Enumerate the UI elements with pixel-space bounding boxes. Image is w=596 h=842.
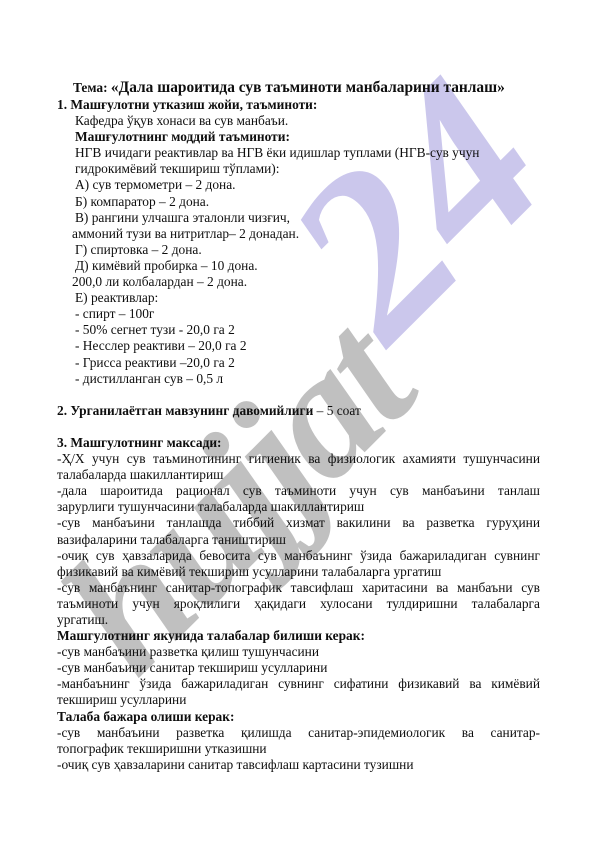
- text-line: текшириш усулларини: [57, 692, 540, 708]
- text-line: Г) спиртовка – 2 дона.: [57, 242, 540, 258]
- text-line: -очиқ сув ҳавзаларини санитар тавсифлаш …: [57, 757, 540, 773]
- document-title-prefix: Тема:: [73, 80, 111, 95]
- text-line: Машгулотнинг якунида талабалар билиши ке…: [57, 628, 540, 644]
- text-line: зарурлиги тушунчасини талабаларда шакилл…: [57, 499, 540, 515]
- text-line: аммоний тузи ва нитритлар– 2 донадан.: [57, 226, 540, 242]
- text-line: Машғулотнинг моддий таъминоти:: [57, 129, 540, 145]
- text-line: НГВ ичидаги реактивлар ва НГВ ёки идишла…: [57, 145, 540, 161]
- text-line: -сув манбаънинг санитар-топографик тавси…: [57, 580, 540, 596]
- blank-line: [57, 419, 540, 435]
- text-line: - спирт – 100г: [57, 306, 540, 322]
- text-line: топографик текширишни утказишни: [57, 741, 540, 757]
- text-line: - 50% сегнет тузи - 20,0 га 2: [57, 322, 540, 338]
- document-body: 1. Машғулотни утказиш жойи, таъминоти:Ка…: [57, 97, 540, 773]
- text-line: - дистилланган сув – 0,5 л: [57, 371, 540, 387]
- text-line: вазифаларини талабаларга таништириш: [57, 532, 540, 548]
- text-line: ургатиш.: [57, 612, 540, 628]
- text-line: Д) кимёвий пробирка – 10 дона.: [57, 258, 540, 274]
- text-line: 200,0 ли колбалардан – 2 дона.: [57, 274, 540, 290]
- text-line: В) рангини улчашга эталонли чизғич,: [57, 210, 540, 226]
- text-line: -Ҳ/Х учун сув таъминотининг гигиеник ва …: [57, 451, 540, 467]
- text-line: 1. Машғулотни утказиш жойи, таъминоти:: [57, 97, 540, 113]
- text-line: - Грисса реактиви –20,0 га 2: [57, 355, 540, 371]
- text-line: 3. Машгулотнинг максади:: [57, 435, 540, 451]
- text-line: -сув манбаъини разветка қилишда санитар-…: [57, 725, 540, 741]
- text-line: -сув манбаъини разветка қилиш тушунчасин…: [57, 644, 540, 660]
- text-line: Е) реактивлар:: [57, 290, 540, 306]
- document-page: hujjat 24 Тема: «Дала шароитида сув таъм…: [0, 0, 596, 842]
- text-line: 2. Урганилаётган мавзунинг давомийлиги –…: [57, 403, 540, 419]
- text-line: -сув манбаъини санитар текшириш усуллари…: [57, 660, 540, 676]
- text-line: -очиқ сув ҳавзаларида бевосита сув манба…: [57, 548, 540, 564]
- text-line: Б) компаратор – 2 дона.: [57, 194, 540, 210]
- text-line: - Несслер реактиви – 20,0 га 2: [57, 338, 540, 354]
- text-line: Кафедра ўқув хонаси ва сув манбаъи.: [57, 113, 540, 129]
- blank-line: [57, 387, 540, 403]
- text-line: -дала шароитида рационал сув таъминоти у…: [57, 483, 540, 499]
- document-title-text: «Дала шароитида сув таъминоти манбаларин…: [111, 79, 505, 96]
- text-line: гидрокимёвий текшириш тўплами):: [57, 161, 540, 177]
- document-title: Тема: «Дала шароитида сув таъминоти манб…: [57, 78, 540, 97]
- document-content: Тема: «Дала шароитида сув таъминоти манб…: [0, 0, 596, 773]
- text-line: А) сув термометри – 2 дона.: [57, 177, 540, 193]
- text-line: -манбаънинг ўзида бажариладиган сувнинг …: [57, 676, 540, 692]
- text-line: -сув манбаъини танлашда тиббий хизмат ва…: [57, 515, 540, 531]
- text-line: Талаба бажара олиши керак:: [57, 709, 540, 725]
- text-line: физикавий ва кимёвий текшириш усулларини…: [57, 564, 540, 580]
- text-line: талабаларда шакиллантириш: [57, 467, 540, 483]
- text-line: таъминоти учун яроқлилиги ҳақидаги хулос…: [57, 596, 540, 612]
